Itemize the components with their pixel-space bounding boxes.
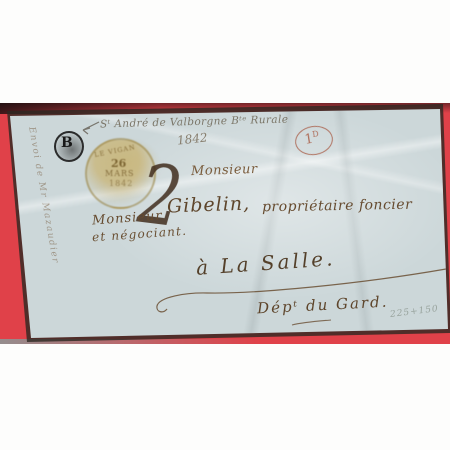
decime-rural-1d-stamp: 1D [293,123,335,158]
pen-strokes-overlay [0,0,450,450]
address-salutation: Monsieur [191,162,258,179]
pencil-note-year: 1842 [176,130,208,147]
gard-underline [292,320,331,325]
address-occupation: propriétaire foncier [262,197,413,216]
pencil-note-origin: Sᵗ André de Valborgne Bᵗᵉ Rurale [100,114,289,131]
decime-sup: D [312,129,320,139]
pencil-price-note: 225+150 [390,304,440,320]
datestamp-year-text: 1842 [109,179,133,188]
address-name: Gibelin, [167,193,251,218]
arrow-icon [83,122,99,134]
address-department: Dépᵗ du Gard. [257,293,389,318]
rural-box-b-stamp: B [54,131,84,162]
folded-letter-paper: LE VIGAN 26 MARS 1842 B Sᵗ André de Valb… [0,0,450,450]
photo-of-cover: LE VIGAN 26 MARS 1842 B Sᵗ André de Valb… [0,0,450,450]
decime-value-text: 1D [303,129,320,147]
address-destination: à La Salle. [195,246,336,280]
datestamp-month-text: MARS [105,169,134,178]
rural-box-letter: B [61,135,73,151]
